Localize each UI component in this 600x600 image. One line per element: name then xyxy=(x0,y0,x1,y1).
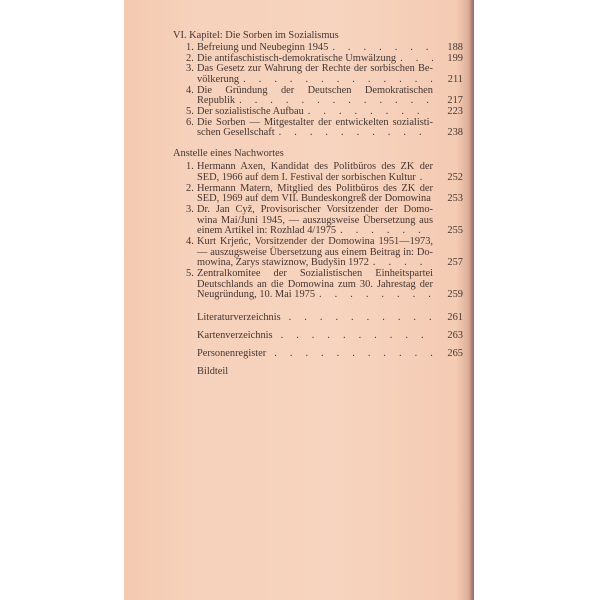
toc-entry: 3.Dr. Jan Cyž, Provisorischer Vorsitzend… xyxy=(173,205,463,237)
entry-title-line: völkerung. . . . . . . . . . . . . . . .… xyxy=(197,75,433,86)
page-number: 257 xyxy=(447,258,463,269)
page-number: 211 xyxy=(448,75,463,86)
appendix-title: Literaturverzeichnis xyxy=(197,313,281,324)
entry-title-line: Kurt Krjeńc, Vorsitzender der Domowina 1… xyxy=(197,237,433,248)
entry-title-line: SED, 1966 auf dem I. Festival der sorbis… xyxy=(197,173,433,184)
entry-number: 3. xyxy=(186,205,194,216)
entry-title: Befreiung und Neubeginn 1945. . . . . . … xyxy=(197,43,433,54)
entry-number: 1. xyxy=(186,43,194,54)
dot-leader: . . . . . . . . . . . . . . . . . . . . … xyxy=(275,128,433,139)
entry-number: 5. xyxy=(186,107,194,118)
dot-leader: . . . . . . . . . . . . . . . . . . . . … xyxy=(304,107,433,118)
entry-title-line: Befreiung und Neubeginn 1945. . . . . . … xyxy=(197,43,433,54)
toc-entry: 1.Hermann Axen, Kandidat des Politbüros … xyxy=(173,162,463,183)
dot-leader: . . . . . . . . . . . . . . . . . . . . … xyxy=(273,331,433,342)
dot-leader: . . . . . . . . . . . . . . . . . . . . … xyxy=(328,43,433,54)
toc-entry: 5.Zentralkomitee der Sozialistischen Ein… xyxy=(173,269,463,301)
entry-number: 4. xyxy=(186,86,194,97)
toc-entry: 1.Befreiung und Neubeginn 1945. . . . . … xyxy=(173,43,463,54)
entry-number: 1. xyxy=(186,162,194,173)
entry-title: Der sozialistische Aufbau. . . . . . . .… xyxy=(197,107,433,118)
entry-title: Die Gründung der Deutschen Demokratische… xyxy=(197,86,433,107)
entry-number: 6. xyxy=(186,118,194,129)
entry-number: 4. xyxy=(186,237,194,248)
page-number: 188 xyxy=(447,43,463,54)
dot-leader: . . . . . . . . . . . . . . . . . . . . … xyxy=(281,313,433,324)
entry-title: Zentralkomitee der Sozialistischen Einhe… xyxy=(197,269,433,301)
entry-title: Die Sorben — Mitgestalter der entwickelt… xyxy=(197,118,433,139)
entry-title: Das Gesetz zur Wahrung der Rechte der so… xyxy=(197,64,433,85)
entry-title-line: Hermann Axen, Kandidat des Politbüros de… xyxy=(197,162,433,173)
dot-leader: . . . . . . . . . . . . . . . . . . . . … xyxy=(416,173,433,184)
page-number: 238 xyxy=(447,128,463,139)
appendix-entry: Bildteil xyxy=(197,367,463,378)
page-number: 223 xyxy=(447,107,463,118)
entry-number: 5. xyxy=(186,269,194,280)
entry-title-line: Dr. Jan Cyž, Provisorischer Vorsitzender… xyxy=(197,205,433,216)
dot-leader: . . . . . . . . . . . . . . . . . . . . … xyxy=(315,290,433,301)
appendix-entry: Kartenverzeichnis. . . . . . . . . . . .… xyxy=(197,331,463,342)
entry-title: Hermann Matern, Mitglied des Politbüros … xyxy=(197,184,433,205)
entry-number: 3. xyxy=(186,64,194,75)
toc-entry: 5.Der sozialistische Aufbau. . . . . . .… xyxy=(173,107,463,118)
entry-title: Hermann Axen, Kandidat des Politbüros de… xyxy=(197,162,433,183)
toc-entry: 3.Das Gesetz zur Wahrung der Rechte der … xyxy=(173,64,463,85)
page-number: 255 xyxy=(447,226,463,237)
toc-entry: 2.Hermann Matern, Mitglied des Politbüro… xyxy=(173,184,463,205)
dot-leader: . . . . . . . . . . . . . . . . . . . . … xyxy=(239,75,433,86)
page-number: 199 xyxy=(447,54,463,65)
page-number: 259 xyxy=(447,290,463,301)
entry-title-line: Das Gesetz zur Wahrung der Rechte der so… xyxy=(197,64,433,75)
appendix-title: Personenregister xyxy=(197,349,266,360)
entry-number: 2. xyxy=(186,184,194,195)
chapter-heading: VI. Kapitel: Die Sorben im Sozialismus xyxy=(173,31,339,42)
page-number: 253 xyxy=(447,194,463,205)
entry-title-line: Der sozialistische Aufbau. . . . . . . .… xyxy=(197,107,433,118)
entry-title-line: Zentralkomitee der Sozialistischen Einhe… xyxy=(197,269,433,280)
toc-entry: 6.Die Sorben — Mitgestalter der entwicke… xyxy=(173,118,463,139)
appendix-title: Bildteil xyxy=(197,367,228,378)
dot-leader: . . . . . . . . . . . . . . . . . . . . … xyxy=(266,349,433,360)
appendix-entry: Literaturverzeichnis. . . . . . . . . . … xyxy=(197,313,463,324)
toc-entry: 4.Kurt Krjeńc, Vorsitzender der Domowina… xyxy=(173,237,463,269)
appendix-title: Kartenverzeichnis xyxy=(197,331,273,342)
afterword-heading: Anstelle eines Nachwortes xyxy=(173,149,284,160)
entry-title: Kurt Krjeńc, Vorsitzender der Domowina 1… xyxy=(197,237,433,269)
page-number: 252 xyxy=(447,173,463,184)
appendix-entry: Personenregister. . . . . . . . . . . . … xyxy=(197,349,463,360)
entry-title-line: schen Gesellschaft. . . . . . . . . . . … xyxy=(197,128,433,139)
toc-entry: 4.Die Gründung der Deutschen Demokratisc… xyxy=(173,86,463,107)
entry-title-line: Neugründung, 10. Mai 1975. . . . . . . .… xyxy=(197,290,433,301)
page-number: 265 xyxy=(447,349,463,360)
entry-title: Dr. Jan Cyž, Provisorischer Vorsitzender… xyxy=(197,205,433,237)
page-number: 263 xyxy=(447,331,463,342)
page-number: 261 xyxy=(447,313,463,324)
